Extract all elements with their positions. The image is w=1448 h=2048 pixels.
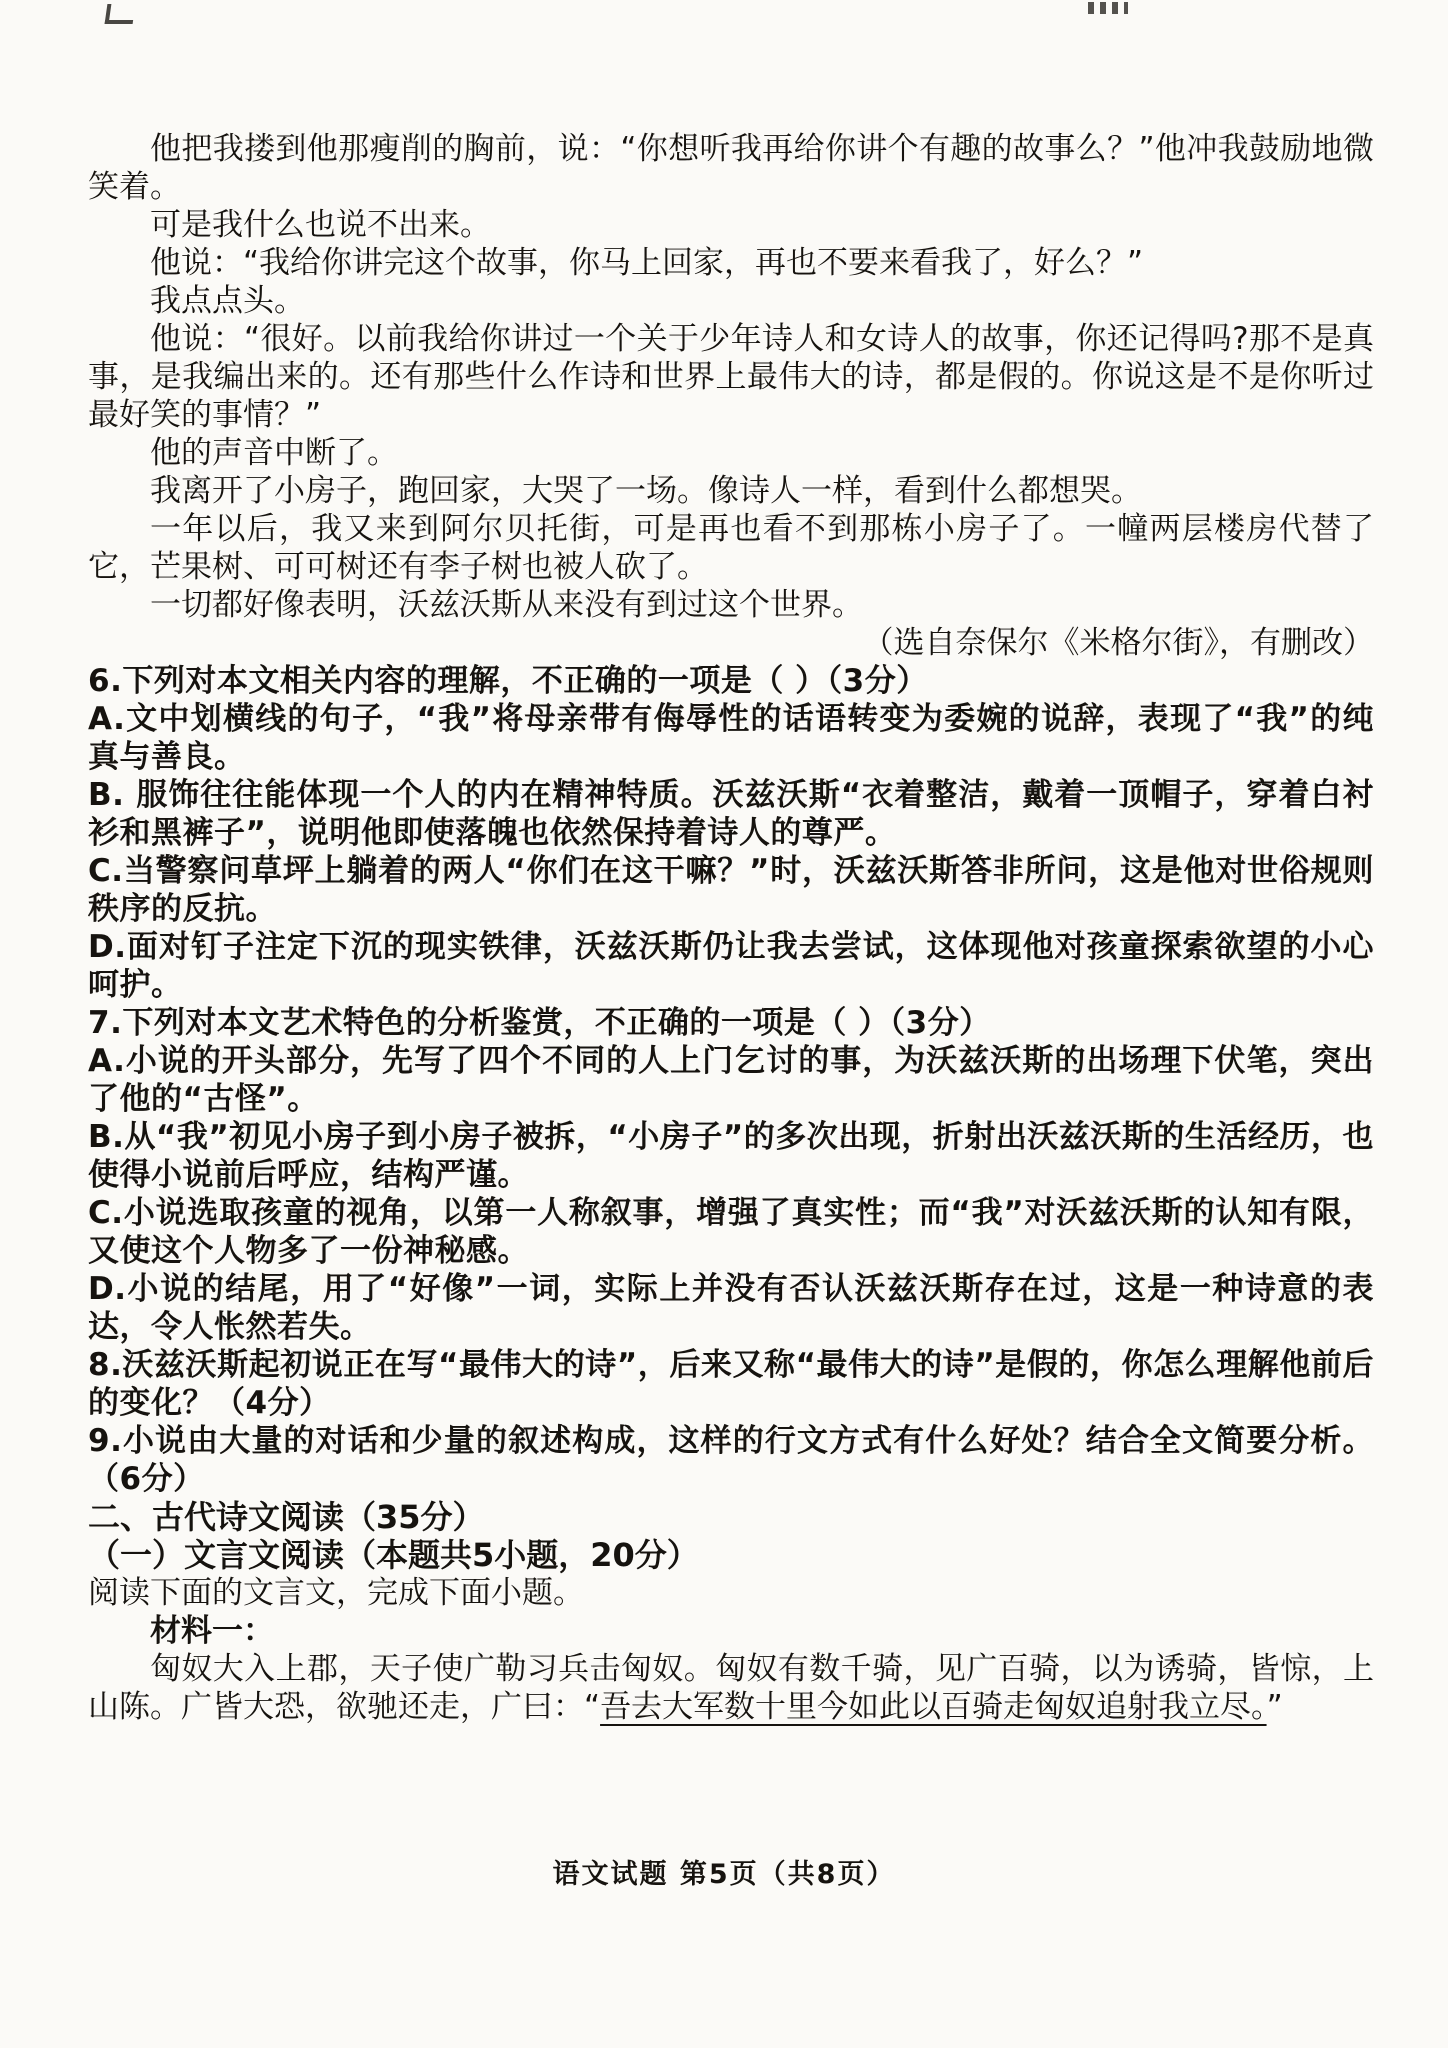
- question-option: B.从“我”初见小房子到小房子被拆，“小房子”的多次出现，折射出沃兹沃斯的生活经…: [88, 1118, 1374, 1194]
- question-option: C.小说选取孩童的视角，以第一人称叙事，增强了真实性；而“我”对沃兹沃斯的认知有…: [88, 1194, 1374, 1270]
- classical-text-underlined: 吾去大军数十里今如此以百骑走匈奴追射我立尽。: [600, 1689, 1267, 1725]
- question-option: A.文中划横线的句子，“我”将母亲带有侮辱性的话语转变为委婉的说辞，表现了“我”…: [88, 700, 1374, 776]
- classical-text-after: ”: [1267, 1689, 1283, 1725]
- question-stem: 6.下列对本文相关内容的理解，不正确的一项是（ ）（3分）: [88, 662, 1374, 700]
- classical-text: 匈奴大入上郡，天子使广勒习兵击匈奴。匈奴有数千骑，见广百骑，以为诱骑，皆惊，上山…: [88, 1650, 1374, 1726]
- passage-paragraph: 一年以后，我又来到阿尔贝托街，可是再也看不到那栋小房子了。一幢两层楼房代替了它，…: [88, 510, 1374, 586]
- passage-paragraph: 我点点头。: [88, 282, 1374, 320]
- question-7: 7.下列对本文艺术特色的分析鉴赏，不正确的一项是（ ）（3分）A.小说的开头部分…: [88, 1004, 1374, 1346]
- section-two: 二、古代诗文阅读（35分） （一）文言文阅读（本题共5小题，20分） 阅读下面的…: [88, 1498, 1374, 1726]
- page-footer: 语文试题 第5页（共8页）: [0, 1852, 1448, 1891]
- question-stem: 8.沃兹沃斯起初说正在写“最伟大的诗”，后来又称“最伟大的诗”是假的，你怎么理解…: [88, 1346, 1374, 1422]
- passage-paragraph: 可是我什么也说不出来。: [88, 206, 1374, 244]
- question-option: A.小说的开头部分，先写了四个不同的人上门乞讨的事，为沃兹沃斯的出场理下伏笔，突…: [88, 1042, 1374, 1118]
- page-number-label: 语文试题 第5页（共8页）: [553, 1859, 896, 1890]
- passage-paragraph: 他把我搂到他那瘦削的胸前，说：“你想听我再给你讲个有趣的故事么？”他冲我鼓励地微…: [88, 130, 1374, 206]
- question-option: B. 服饰往往能体现一个人的内在精神特质。沃兹沃斯“衣着整洁，戴着一顶帽子，穿着…: [88, 776, 1374, 852]
- scan-artifact-left: [105, 4, 136, 24]
- passage-paragraph: 我离开了小房子，跑回家，大哭了一场。像诗人一样，看到什么都想哭。: [88, 472, 1374, 510]
- questions-section: 6.下列对本文相关内容的理解，不正确的一项是（ ）（3分）A.文中划横线的句子，…: [88, 662, 1374, 1498]
- exam-content: 他把我搂到他那瘦削的胸前，说：“你想听我再给你讲个有趣的故事么？”他冲我鼓励地微…: [88, 130, 1374, 1726]
- reading-instruction: 阅读下面的文言文，完成下面小题。: [88, 1574, 1374, 1612]
- question-stem: 9.小说由大量的对话和少量的叙述构成，这样的行文方式有什么好处？结合全文简要分析…: [88, 1422, 1374, 1498]
- passage-paragraph: 他说：“很好。以前我给你讲过一个关于少年诗人和女诗人的故事，你还记得吗?那不是真…: [88, 320, 1374, 434]
- question-option: D.小说的结尾，用了“好像”一词，实际上并没有否认沃兹沃斯存在过，这是一种诗意的…: [88, 1270, 1374, 1346]
- question-9: 9.小说由大量的对话和少量的叙述构成，这样的行文方式有什么好处？结合全文简要分析…: [88, 1422, 1374, 1498]
- reading-passage: 他把我搂到他那瘦削的胸前，说：“你想听我再给你讲个有趣的故事么？”他冲我鼓励地微…: [88, 130, 1374, 624]
- question-option: C.当警察问草坪上躺着的两人“你们在这干嘛？”时，沃兹沃斯答非所问，这是他对世俗…: [88, 852, 1374, 928]
- scan-artifact-right: [1088, 2, 1128, 14]
- material-one-label: 材料一：: [88, 1612, 1374, 1650]
- question-6: 6.下列对本文相关内容的理解，不正确的一项是（ ）（3分）A.文中划横线的句子，…: [88, 662, 1374, 1004]
- section-two-title: 二、古代诗文阅读（35分）: [88, 1498, 1374, 1536]
- question-stem: 7.下列对本文艺术特色的分析鉴赏，不正确的一项是（ ）（3分）: [88, 1004, 1374, 1042]
- question-option: D.面对钉子注定下沉的现实铁律，沃兹沃斯仍让我去尝试，这体现他对孩童探索欲望的小…: [88, 928, 1374, 1004]
- question-8: 8.沃兹沃斯起初说正在写“最伟大的诗”，后来又称“最伟大的诗”是假的，你怎么理解…: [88, 1346, 1374, 1422]
- passage-paragraph: 一切都好像表明，沃兹沃斯从来没有到过这个世界。: [88, 586, 1374, 624]
- scanned-exam-page: 他把我搂到他那瘦削的胸前，说：“你想听我再给你讲个有趣的故事么？”他冲我鼓励地微…: [0, 0, 1448, 2048]
- section-two-subtitle: （一）文言文阅读（本题共5小题，20分）: [88, 1536, 1374, 1574]
- passage-paragraph: 他的声音中断了。: [88, 434, 1374, 472]
- passage-paragraph: 他说：“我给你讲完这个故事，你马上回家，再也不要来看我了，好么？”: [88, 244, 1374, 282]
- passage-attribution: （选自奈保尔《米格尔街》，有删改）: [88, 624, 1374, 662]
